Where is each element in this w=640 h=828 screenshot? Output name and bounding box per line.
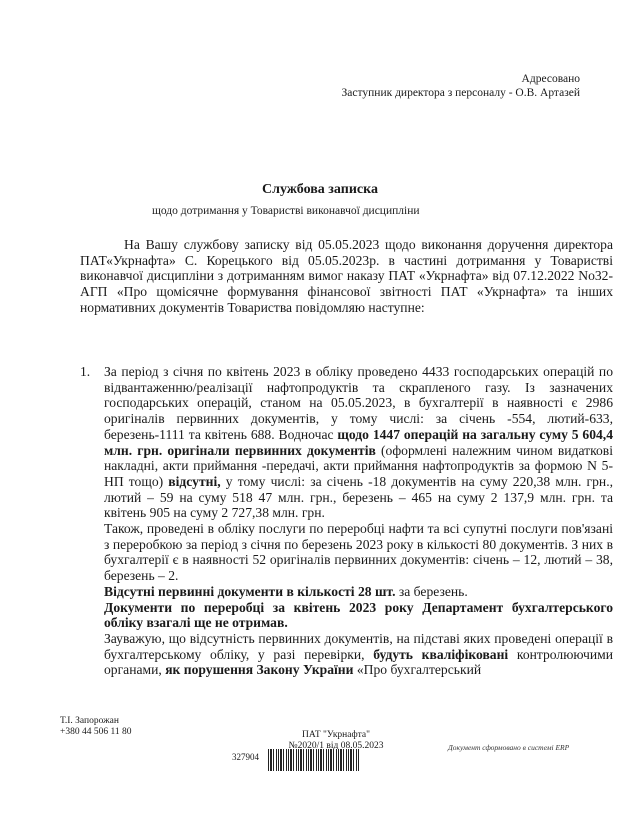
erp-note: Документ сформовано в системі ERP (448, 743, 569, 752)
text-span: за березень. (395, 584, 467, 599)
paragraph-processing: Також, проведені в обліку послуги по пер… (104, 521, 613, 584)
text-span: «Про бухгалтерський (353, 662, 481, 677)
paragraph-warning: Зауважую, що відсутність первинних докум… (104, 631, 613, 678)
bold-span: відсутні, (168, 474, 220, 489)
list-item-number: 1. (80, 364, 90, 380)
document-subtitle: щодо дотримання у Товаристві виконавчої … (152, 205, 420, 217)
paragraph-missing-docs: Відсутні первинні документи в кількості … (104, 584, 613, 600)
barcode-icon (268, 749, 360, 771)
company-name: ПАТ "Укрнафта" (276, 730, 396, 741)
list-item-content: За період з січня по квітень 2023 в облі… (104, 364, 613, 678)
list-item-1: 1. За період з січня по квітень 2023 в о… (80, 364, 613, 678)
executor-info: Т.І. Запорожан +380 44 506 11 80 (60, 716, 132, 738)
registration-code: 327904 (232, 752, 259, 762)
intro-paragraph: На Вашу службову записку від 05.05.2023 … (80, 237, 613, 316)
bold-span: Відсутні первинні документи в кількості … (104, 584, 395, 599)
bold-span: як порушення Закону України (165, 662, 353, 677)
bold-span: будуть кваліфіковані (373, 647, 508, 662)
paragraph-operations: За період з січня по квітень 2023 в облі… (104, 364, 613, 521)
addressee-recipient: Заступник директора з персоналу - О.В. А… (342, 86, 580, 100)
addressee-block: Адресовано Заступник директора з персона… (342, 72, 580, 100)
paragraph-april-docs: Документи по переробці за квітень 2023 р… (104, 600, 613, 631)
document-title: Службова записка (0, 182, 640, 198)
addressee-label: Адресовано (342, 72, 580, 86)
executor-phone: +380 44 506 11 80 (60, 727, 132, 738)
executor-name: Т.І. Запорожан (60, 716, 132, 727)
